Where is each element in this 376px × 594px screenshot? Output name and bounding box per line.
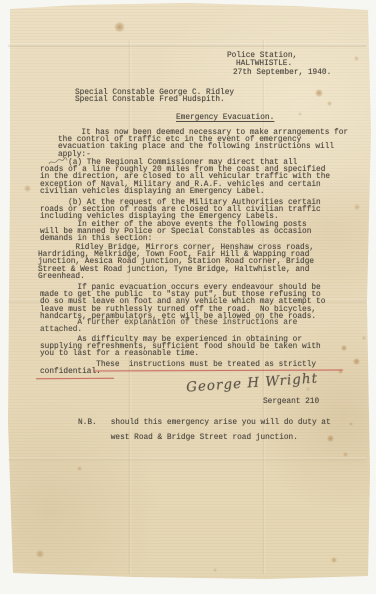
paragraph-food: As difficulty may be experienced in obta… xyxy=(40,337,321,359)
paragraph-events: In either of the above events the follow… xyxy=(40,222,311,244)
addressee-2: Special Constable Fred Hudspith. xyxy=(75,97,225,104)
date-line: 27th September, 1940. xyxy=(233,70,331,77)
paragraph-clause-a: (a) The Regional Commissioner may direct… xyxy=(40,160,330,197)
paragraph-intro: It has now been deemed necessary to make… xyxy=(58,130,348,160)
paragraph-clause-b: (b) At the request of the Military Autho… xyxy=(40,200,321,222)
document-photo: Police Station, HALTWHISTLE. 27th Septem… xyxy=(0,0,376,594)
paragraph-further: A further explanation of these instructi… xyxy=(40,320,297,335)
town-line: HALTWHISTLE. xyxy=(236,61,292,68)
paragraph-posts: Ridley Bridge, Mirrors corner, Henshaw c… xyxy=(38,245,314,282)
signature-rank: Sergeant 210 xyxy=(263,399,319,406)
subject-heading: Emergency Evacuation. xyxy=(176,115,274,122)
paragraph-panic: If panic evacuation occurs every endeavo… xyxy=(40,285,325,322)
nota-bene: N.B. should this emergency arise you wil… xyxy=(78,416,331,445)
